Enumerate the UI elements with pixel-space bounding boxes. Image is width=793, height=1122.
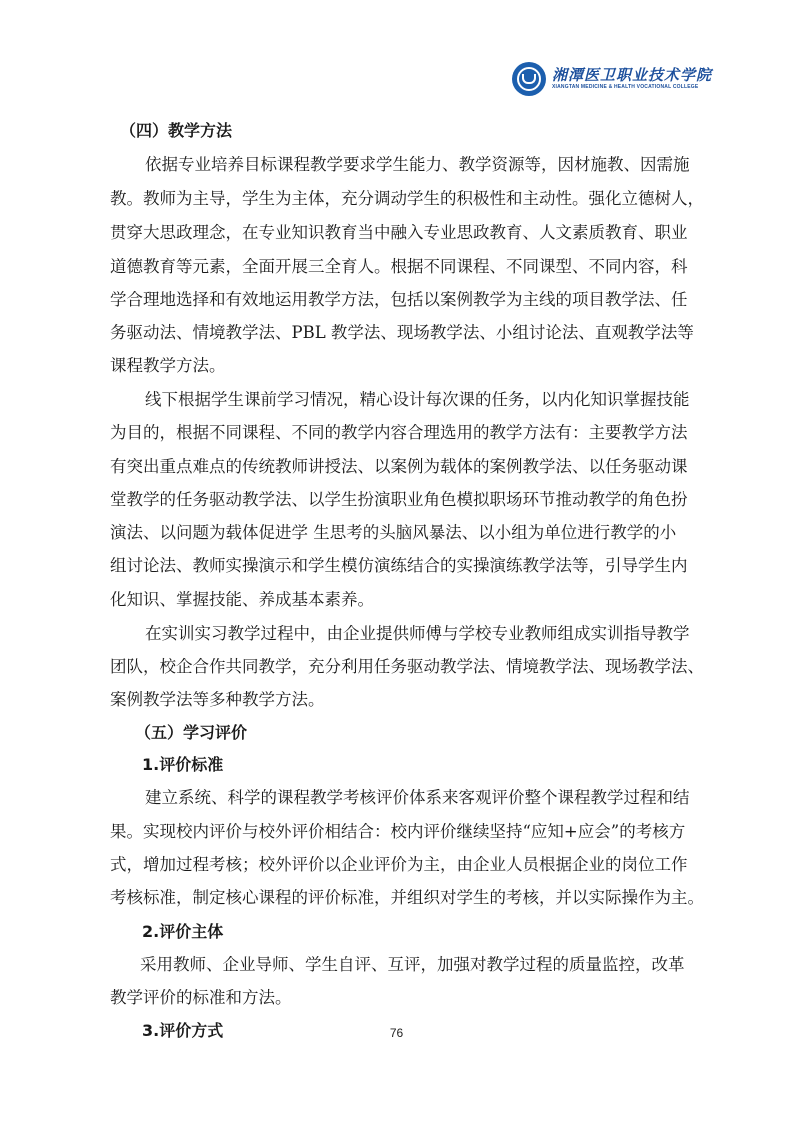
paragraph-line: 案例教学法等多种教学方法。 <box>110 690 325 710</box>
subheading-evaluation-criteria: 1.评价标准 <box>142 755 223 775</box>
paragraph-line: 依据专业培养目标课程教学要求学生能力、教学资源等，因材施教、因需施 <box>145 155 690 175</box>
paragraph-line: 化知识、掌握技能、养成基本素养。 <box>110 590 374 610</box>
paragraph-line: 演法、以问题为载体促进学 生思考的头脑风暴法、以小组为单位进行教学的小 <box>110 523 676 543</box>
paragraph-line: 堂教学的任务驱动教学法、以学生扮演职业角色模拟职场环节推动教学的角色扮 <box>110 490 688 510</box>
paragraph-line: 团队，校企合作共同教学，充分利用任务驱动教学法、情境教学法、现场教学法、 <box>110 657 704 677</box>
paragraph-line: 组讨论法、教师实操演示和学生模仿演练结合的实操演练教学法等，引导学生内 <box>110 556 688 576</box>
paragraph-line: 采用教师、企业导师、学生自评、互评，加强对教学过程的质量监控，改革 <box>140 955 685 975</box>
college-logo: 湘潭医卫职业技术学院 XIANGTAN MEDICINE & HEALTH VO… <box>512 62 712 96</box>
paragraph-line: 建立系统、科学的课程教学考核评价体系来客观评价整个课程教学过程和结 <box>145 788 690 808</box>
paragraph-line: 教。教师为主导，学生为主体，充分调动学生的积极性和主动性。强化立德树人， <box>110 189 704 209</box>
paragraph-line: 道德教育等元素，全面开展三全育人。根据不同课程、不同课型、不同内容，科 <box>110 257 688 277</box>
paragraph-line: 有突出重点难点的传统教师讲授法、以案例为载体的案例教学法、以任务驱动课 <box>110 457 688 477</box>
section-heading-learning-evaluation: （五）学习评价 <box>135 723 247 743</box>
paragraph-line: 在实训实习教学过程中，由企业提供师傅与学校专业教师组成实训指导教学 <box>145 624 690 644</box>
page-number: 76 <box>0 1026 793 1040</box>
paragraph-line: 式，增加过程考核；校外评价以企业评价为主，由企业人员根据企业的岗位工作 <box>110 855 688 875</box>
subheading-evaluation-subject: 2.评价主体 <box>142 922 223 942</box>
paragraph-line: 务驱动法、情境教学法、PBL 教学法、现场教学法、小组讨论法、直观教学法等 <box>110 323 694 343</box>
logo-english-name: XIANGTAN MEDICINE & HEALTH VOCATIONAL CO… <box>552 84 712 91</box>
paragraph-line: 贯穿大思政理念，在专业知识教育当中融入专业思政教育、人文素质教育、职业 <box>110 223 688 243</box>
paragraph-line: 学合理地选择和有效地运用教学方法，包括以案例教学为主线的项目教学法、任 <box>110 290 688 310</box>
section-heading-teaching-methods: （四）教学方法 <box>120 121 232 141</box>
paragraph-line: 果。实现校内评价与校外评价相结合：校内评价继续坚持“应知+应会”的考核方 <box>110 822 685 842</box>
logo-chinese-name: 湘潭医卫职业技术学院 <box>552 67 712 84</box>
paragraph-line: 考核标准，制定核心课程的评价标准，并组织对学生的考核，并以实际操作为主。 <box>110 888 704 908</box>
paragraph-line: 课程教学方法。 <box>110 356 226 376</box>
paragraph-line: 教学评价的标准和方法。 <box>110 988 292 1008</box>
paragraph-line: 为目的，根据不同课程、不同的教学内容合理选用的教学方法有：主要教学方法 <box>110 423 688 443</box>
college-emblem-icon <box>512 62 546 96</box>
paragraph-line: 线下根据学生课前学习情况，精心设计每次课的任务，以内化知识掌握技能 <box>145 390 690 410</box>
